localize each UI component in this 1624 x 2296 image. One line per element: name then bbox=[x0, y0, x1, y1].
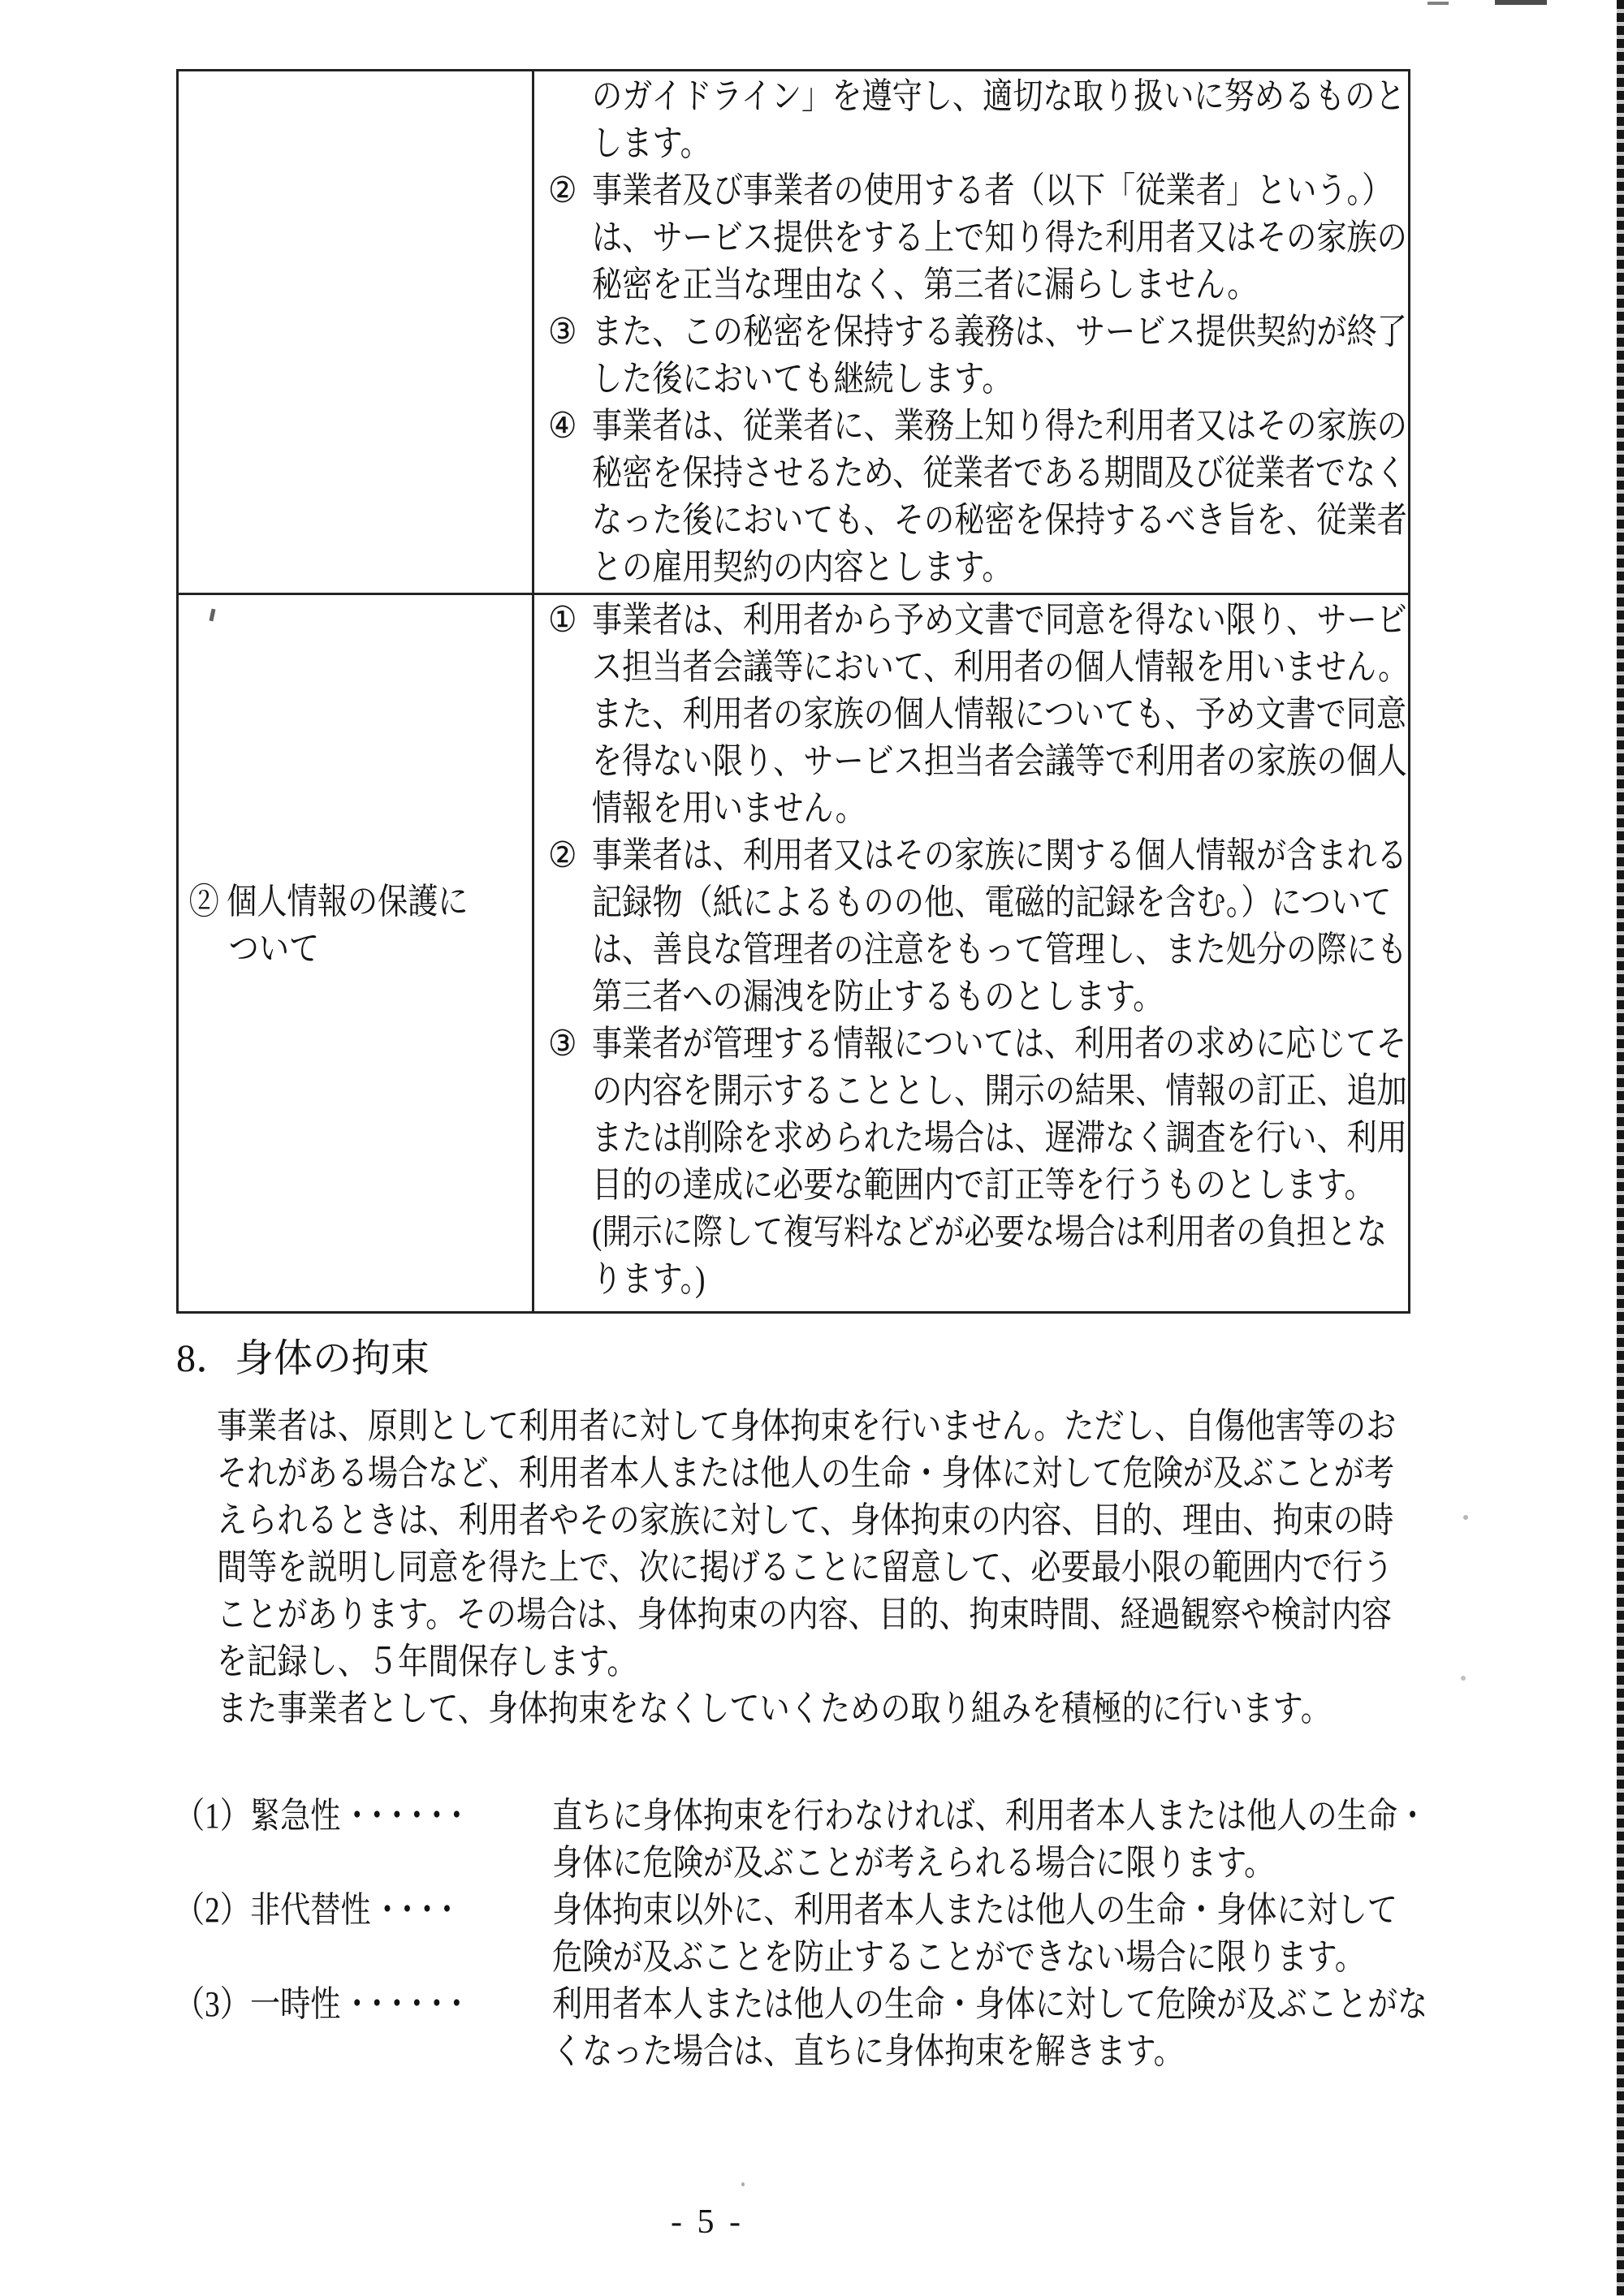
table-numbered-item: ①事業者は、利用者から予め文書で同意を得ない限り、サービス担当者会議等において、… bbox=[534, 597, 1558, 832]
text-line: 目的の達成に必要な範囲内で訂正等を行うものとします。 bbox=[592, 1162, 1408, 1209]
scan-speck bbox=[1463, 1515, 1468, 1520]
text-line: えられるときは、利用者やその家族に対して、身体拘束の内容、目的、理由、拘束の時 bbox=[217, 1497, 1396, 1544]
text-line: 事業者は、原則として利用者に対して身体拘束を行いません。ただし、自傷他害等のお bbox=[217, 1403, 1396, 1450]
cell-label-lines: ② 個人情報の保護について bbox=[179, 878, 532, 973]
text-line: は、善良な管理者の注意をもって管理し、また処分の際にも bbox=[592, 926, 1408, 973]
criteria-item-label: （3）一時性・・・・・・ bbox=[175, 1981, 461, 2028]
text-line: 事業者及び事業者の使用する者（以下「従業者」という。） bbox=[592, 167, 1407, 214]
text-line: します。 bbox=[592, 120, 1407, 167]
text-line: 事業者が管理する情報については、利用者の求めに応じてそ bbox=[592, 1021, 1408, 1068]
text-line: 事業者は、従業者に、業務上知り得た利用者又はその家族の bbox=[592, 403, 1407, 450]
text-line: 身体拘束以外に、利用者本人または他人の生命・身体に対して bbox=[552, 1887, 1427, 1934]
table-cell-item-label: ② 個人情報の保護について bbox=[179, 595, 534, 1311]
text-line: または削除を求められた場合は、遅滞なく調査を行い、利用 bbox=[592, 1115, 1408, 1162]
text-line: 秘密を正当な理由なく、第三者に漏らしません。 bbox=[592, 261, 1407, 309]
section-paragraph: 事業者は、原則として利用者に対して身体拘束を行いません。ただし、自傷他害等のおそ… bbox=[217, 1403, 1613, 1733]
table-cell-item-body: ①事業者は、利用者から予め文書で同意を得ない限り、サービス担当者会議等において、… bbox=[534, 595, 1558, 1311]
criteria-item: （2）非代替性・・・・身体拘束以外に、利用者本人または他人の生命・身体に対して危… bbox=[175, 1887, 1588, 1981]
criteria-item: （3）一時性・・・・・・利用者本人または他人の生命・身体に対して危険が及ぶことが… bbox=[175, 1981, 1588, 2075]
text-line: また、この秘密を保持する義務は、サービス提供契約が終了 bbox=[592, 309, 1407, 356]
table-cell-item-body: のガイドライン」を遵守し、適切な取り扱いに努めるものとします。②事業者及び事業者… bbox=[534, 71, 1557, 593]
text-line: ります。) bbox=[592, 1256, 1408, 1303]
criteria-item-label: （1）緊急性・・・・・・ bbox=[175, 1793, 461, 1840]
table-numbered-item: ③また、この秘密を保持する義務は、サービス提供契約が終了した後においても継続しま… bbox=[534, 309, 1557, 403]
text-line: (開示に際して複写料などが必要な場合は利用者の負担とな bbox=[592, 1209, 1408, 1256]
criteria-item: （1）緊急性・・・・・・直ちに身体拘束を行わなければ、利用者本人または他人の生命… bbox=[175, 1793, 1588, 1887]
restraint-criteria-list: （1）緊急性・・・・・・直ちに身体拘束を行わなければ、利用者本人または他人の生命… bbox=[175, 1793, 1588, 2075]
circled-number: ③ bbox=[548, 309, 577, 356]
text-line: 直ちに身体拘束を行わなければ、利用者本人または他人の生命・ bbox=[552, 1793, 1427, 1840]
text-line: は、サービス提供をする上で知り得た利用者又はその家族の bbox=[592, 214, 1407, 261]
text-line: 情報を用いません。 bbox=[592, 785, 1408, 832]
scan-speck bbox=[1495, 0, 1547, 5]
text-line: 危険が及ぶことを防止することができない場合に限ります。 bbox=[552, 1934, 1427, 1981]
text-line: 秘密を保持させるため、従業者である期間及び従業者でなく bbox=[592, 450, 1407, 497]
leader-dots: ・・・・・・ bbox=[340, 1796, 461, 1836]
circled-number: ② bbox=[548, 167, 577, 214]
table-numbered-item: ④事業者は、従業者に、業務上知り得た利用者又はその家族の秘密を保持させるため、従… bbox=[534, 403, 1557, 591]
page-number: - 5 - bbox=[671, 2202, 744, 2242]
confidentiality-privacy-table: のガイドライン」を遵守し、適切な取り扱いに努めるものとします。②事業者及び事業者… bbox=[176, 69, 1410, 1314]
text-line: ついて bbox=[179, 926, 477, 973]
table-cell-item-label bbox=[179, 71, 534, 593]
table-row: ② 個人情報の保護について ①事業者は、利用者から予め文書で同意を得ない限り、サ… bbox=[179, 593, 1408, 1311]
text-line: また事業者として、身体拘束をなくしていくための取り組みを積極的に行います。 bbox=[217, 1685, 1396, 1733]
text-line: ② 個人情報の保護に bbox=[179, 878, 477, 926]
text-line: なった後においても、その秘密を保持するべき旨を、従業者 bbox=[592, 497, 1407, 544]
text-line: を記録し、５年間保存します。 bbox=[217, 1638, 1396, 1685]
circled-number: ③ bbox=[548, 1021, 577, 1068]
text-line: を得ない限り、サービス担当者会議等で利用者の家族の個人 bbox=[592, 738, 1408, 785]
text-line: それがある場合など、利用者本人または他人の生命・身体に対して危険が及ぶことが考 bbox=[217, 1450, 1396, 1497]
leader-dots: ・・・・ bbox=[371, 1890, 452, 1930]
circled-number: ④ bbox=[548, 403, 577, 450]
circled-number: ② bbox=[548, 832, 577, 879]
table-numbered-item: ②事業者は、利用者又はその家族に関する個人情報が含まれる記録物（紙によるものの他… bbox=[534, 832, 1558, 1021]
text-line: 間等を説明し同意を得た上で、次に掲げることに留意して、必要最小限の範囲内で行う bbox=[217, 1544, 1396, 1591]
circled-number: ① bbox=[548, 597, 577, 644]
text-line: 第三者への漏洩を防止するものとします。 bbox=[592, 973, 1408, 1021]
text-line: 事業者は、利用者又はその家族に関する個人情報が含まれる bbox=[592, 832, 1408, 879]
text-line: ス担当者会議等において、利用者の個人情報を用いません。 bbox=[592, 644, 1408, 691]
leader-dots: ・・・・・・ bbox=[340, 1984, 461, 2024]
scan-speck bbox=[741, 2182, 745, 2186]
text-line: ことがあります。その場合は、身体拘束の内容、目的、拘束時間、経過観察や検討内容 bbox=[217, 1591, 1396, 1638]
text-line: 身体に危険が及ぶことが考えられる場合に限ります。 bbox=[552, 1840, 1427, 1887]
scan-speck bbox=[1461, 1676, 1466, 1681]
text-line: くなった場合は、直ちに身体拘束を解きます。 bbox=[552, 2028, 1427, 2075]
text-line: の内容を開示することとし、開示の結果、情報の訂正、追加 bbox=[592, 1068, 1408, 1115]
table-numbered-item: のガイドライン」を遵守し、適切な取り扱いに努めるものとします。 bbox=[534, 73, 1557, 167]
table-numbered-item: ③事業者が管理する情報については、利用者の求めに応じてその内容を開示することとし… bbox=[534, 1021, 1558, 1303]
text-line: また、利用者の家族の個人情報についても、予め文書で同意 bbox=[592, 691, 1408, 738]
text-line: との雇用契約の内容とします。 bbox=[592, 544, 1407, 591]
text-line: 記録物（紙によるものの他、電磁的記録を含む。）について bbox=[592, 879, 1408, 926]
text-line: した後においても継続します。 bbox=[592, 356, 1407, 403]
table-row: のガイドライン」を遵守し、適切な取り扱いに努めるものとします。②事業者及び事業者… bbox=[179, 71, 1408, 593]
scan-speck bbox=[1427, 2, 1449, 5]
scan-edge-artifact bbox=[1617, 0, 1624, 2296]
criteria-item-label: （2）非代替性・・・・ bbox=[175, 1887, 451, 1934]
text-line: のガイドライン」を遵守し、適切な取り扱いに努めるものと bbox=[592, 73, 1407, 120]
scanned-document-page: のガイドライン」を遵守し、適切な取り扱いに努めるものとします。②事業者及び事業者… bbox=[0, 0, 1624, 2296]
text-line: 事業者は、利用者から予め文書で同意を得ない限り、サービ bbox=[592, 597, 1408, 644]
table-numbered-item: ②事業者及び事業者の使用する者（以下「従業者」という。）は、サービス提供をする上… bbox=[534, 167, 1557, 309]
section-heading: 8．身体の拘束 bbox=[176, 1336, 430, 1383]
text-line: 利用者本人または他人の生命・身体に対して危険が及ぶことがな bbox=[552, 1981, 1427, 2028]
